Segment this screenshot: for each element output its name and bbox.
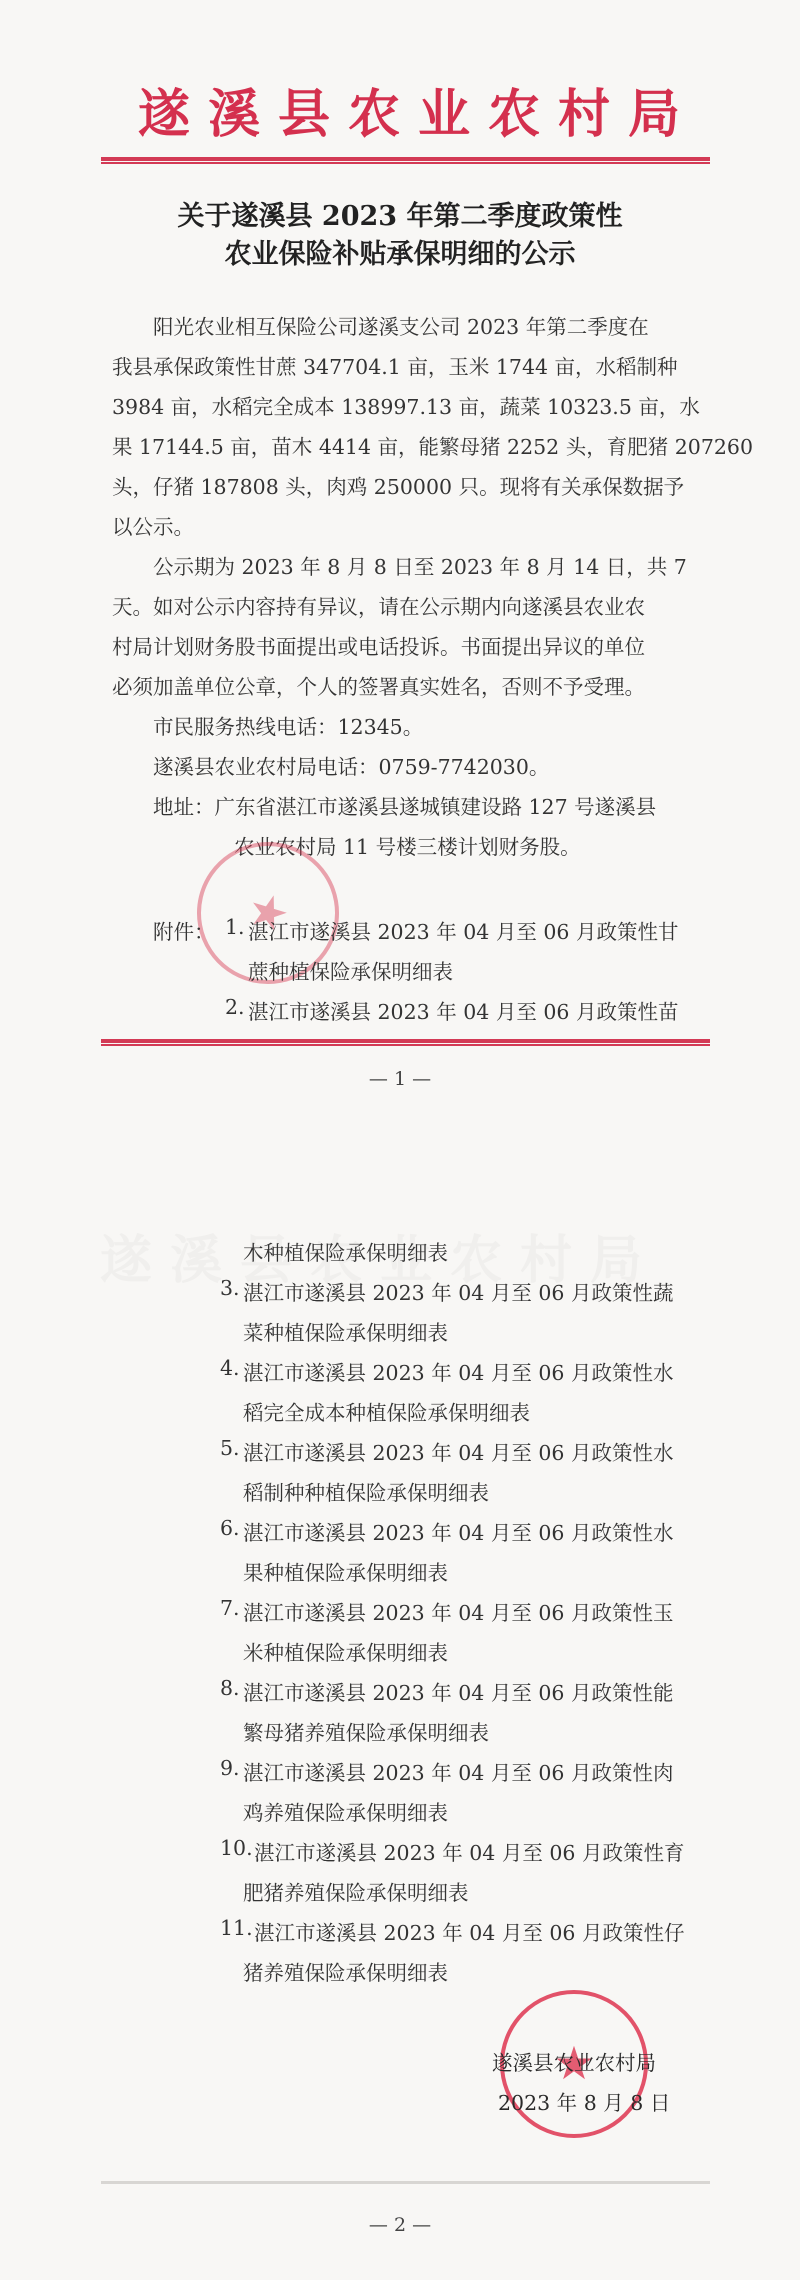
attachment-item-line: 蔗种植保险承保明细表 (248, 955, 453, 985)
paragraph-line: 3984 亩，水稻完全成本 138997.13 亩，蔬菜 10323.5 亩，水 (112, 390, 700, 420)
signature-organization: 遂溪县农业农村局 (492, 2046, 656, 2076)
masthead-red-rule (101, 157, 710, 164)
attachment-number: 10. (220, 1836, 253, 1860)
footer-rule (101, 2181, 710, 2184)
attachment-item-line: 湛江市遂溪县 2023 年 04 月至 06 月政策性玉 (243, 1596, 673, 1626)
attachment-item-line: 湛江市遂溪县 2023 年 04 月至 06 月政策性甘 (248, 915, 678, 945)
attachment-number: 8. (220, 1676, 240, 1700)
paragraph-line: 公示期为 2023 年 8 月 8 日至 2023 年 8 月 14 日，共 7 (153, 550, 687, 580)
attachment-item-line: 木种植保险承保明细表 (243, 1236, 448, 1266)
address-line-1: 地址：广东省湛江市遂溪县遂城镇建设路 127 号遂溪县 (153, 790, 656, 820)
attachment-item-line: 猪养殖保险承保明细表 (243, 1956, 448, 1986)
paragraph-line: 天。如对公示内容持有异议，请在公示期内向遂溪县农业农 (112, 590, 645, 620)
attachment-number: 7. (220, 1596, 240, 1620)
attachment-item-line: 湛江市遂溪县 2023 年 04 月至 06 月政策性能 (243, 1676, 673, 1706)
attachment-number: 11. (220, 1916, 253, 1940)
attachment-number: 6. (220, 1516, 240, 1540)
attachment-item-line: 繁母猪养殖保险承保明细表 (243, 1716, 489, 1746)
page-number: — 2 — (0, 2214, 800, 2236)
document-page-1: 遂溪县农业农村局 关于遂溪县 2023 年第二季度政策性 农业保险补贴承保明细的… (0, 0, 800, 1140)
attachments-label: 附件： (153, 915, 215, 945)
page-number: — 1 — (0, 1068, 800, 1090)
attachment-item-line: 湛江市遂溪县 2023 年 04 月至 06 月政策性仔 (254, 1916, 684, 1946)
signature-date: 2023 年 8 月 8 日 (498, 2086, 670, 2116)
attachment-number: 2. (225, 995, 245, 1019)
attachment-item-line: 湛江市遂溪县 2023 年 04 月至 06 月政策性肉 (243, 1756, 673, 1786)
attachment-item-line: 湛江市遂溪县 2023 年 04 月至 06 月政策性水 (243, 1516, 673, 1546)
paragraph-line: 我县承保政策性甘蔗 347704.1 亩，玉米 1744 亩，水稻制种 (112, 350, 678, 380)
attachment-number: 3. (220, 1276, 240, 1300)
paragraph-line: 果 17144.5 亩，苗木 4414 亩，能繁母猪 2252 头，育肥猪 20… (112, 430, 753, 460)
attachment-item-line: 湛江市遂溪县 2023 年 04 月至 06 月政策性苗 (248, 995, 678, 1025)
attachment-item-line: 果种植保险承保明细表 (243, 1556, 448, 1586)
attachment-item-line: 湛江市遂溪县 2023 年 04 月至 06 月政策性水 (243, 1436, 673, 1466)
attachment-item-line: 米种植保险承保明细表 (243, 1636, 448, 1666)
attachment-item-line: 菜种植保险承保明细表 (243, 1316, 448, 1346)
paragraph-line: 村局计划财务股书面提出或电话投诉。书面提出异议的单位 (112, 630, 645, 660)
attachment-number: 1. (225, 915, 245, 939)
attachment-number: 9. (220, 1756, 240, 1780)
attachment-item-line: 湛江市遂溪县 2023 年 04 月至 06 月政策性水 (243, 1356, 673, 1386)
attachment-item-line: 稻制种种植保险承保明细表 (243, 1476, 489, 1506)
attachment-number: 5. (220, 1436, 240, 1460)
footer-red-rule (101, 1039, 710, 1046)
attachment-item-line: 肥猪养殖保险承保明细表 (243, 1876, 469, 1906)
attachment-number: 4. (220, 1356, 240, 1380)
hotline-text: 市民服务热线电话：12345。 (153, 710, 423, 740)
bureau-phone-text: 遂溪县农业农村局电话：0759-7742030。 (153, 750, 549, 780)
paragraph-line: 以公示。 (112, 510, 194, 540)
notice-title-line-2: 农业保险补贴承保明细的公示 (100, 236, 700, 274)
masthead-title: 遂溪县农业农村局 (100, 85, 718, 145)
attachment-item-line: 稻完全成本种植保险承保明细表 (243, 1396, 530, 1426)
paragraph-line: 头，仔猪 187808 头，肉鸡 250000 只。现将有关承保数据予 (112, 470, 684, 500)
paragraph-line: 必须加盖单位公章，个人的签署真实姓名，否则不予受理。 (112, 670, 645, 700)
document-page-2: 遂溪县农业农村局 (0, 1140, 800, 2280)
notice-title-line-1: 关于遂溪县 2023 年第二季度政策性 (100, 198, 700, 236)
attachment-item-line: 湛江市遂溪县 2023 年 04 月至 06 月政策性育 (254, 1836, 684, 1866)
paragraph-line: 阳光农业相互保险公司遂溪支公司 2023 年第二季度在 (153, 310, 649, 340)
attachment-item-line: 湛江市遂溪县 2023 年 04 月至 06 月政策性蔬 (243, 1276, 673, 1306)
attachment-item-line: 鸡养殖保险承保明细表 (243, 1796, 448, 1826)
